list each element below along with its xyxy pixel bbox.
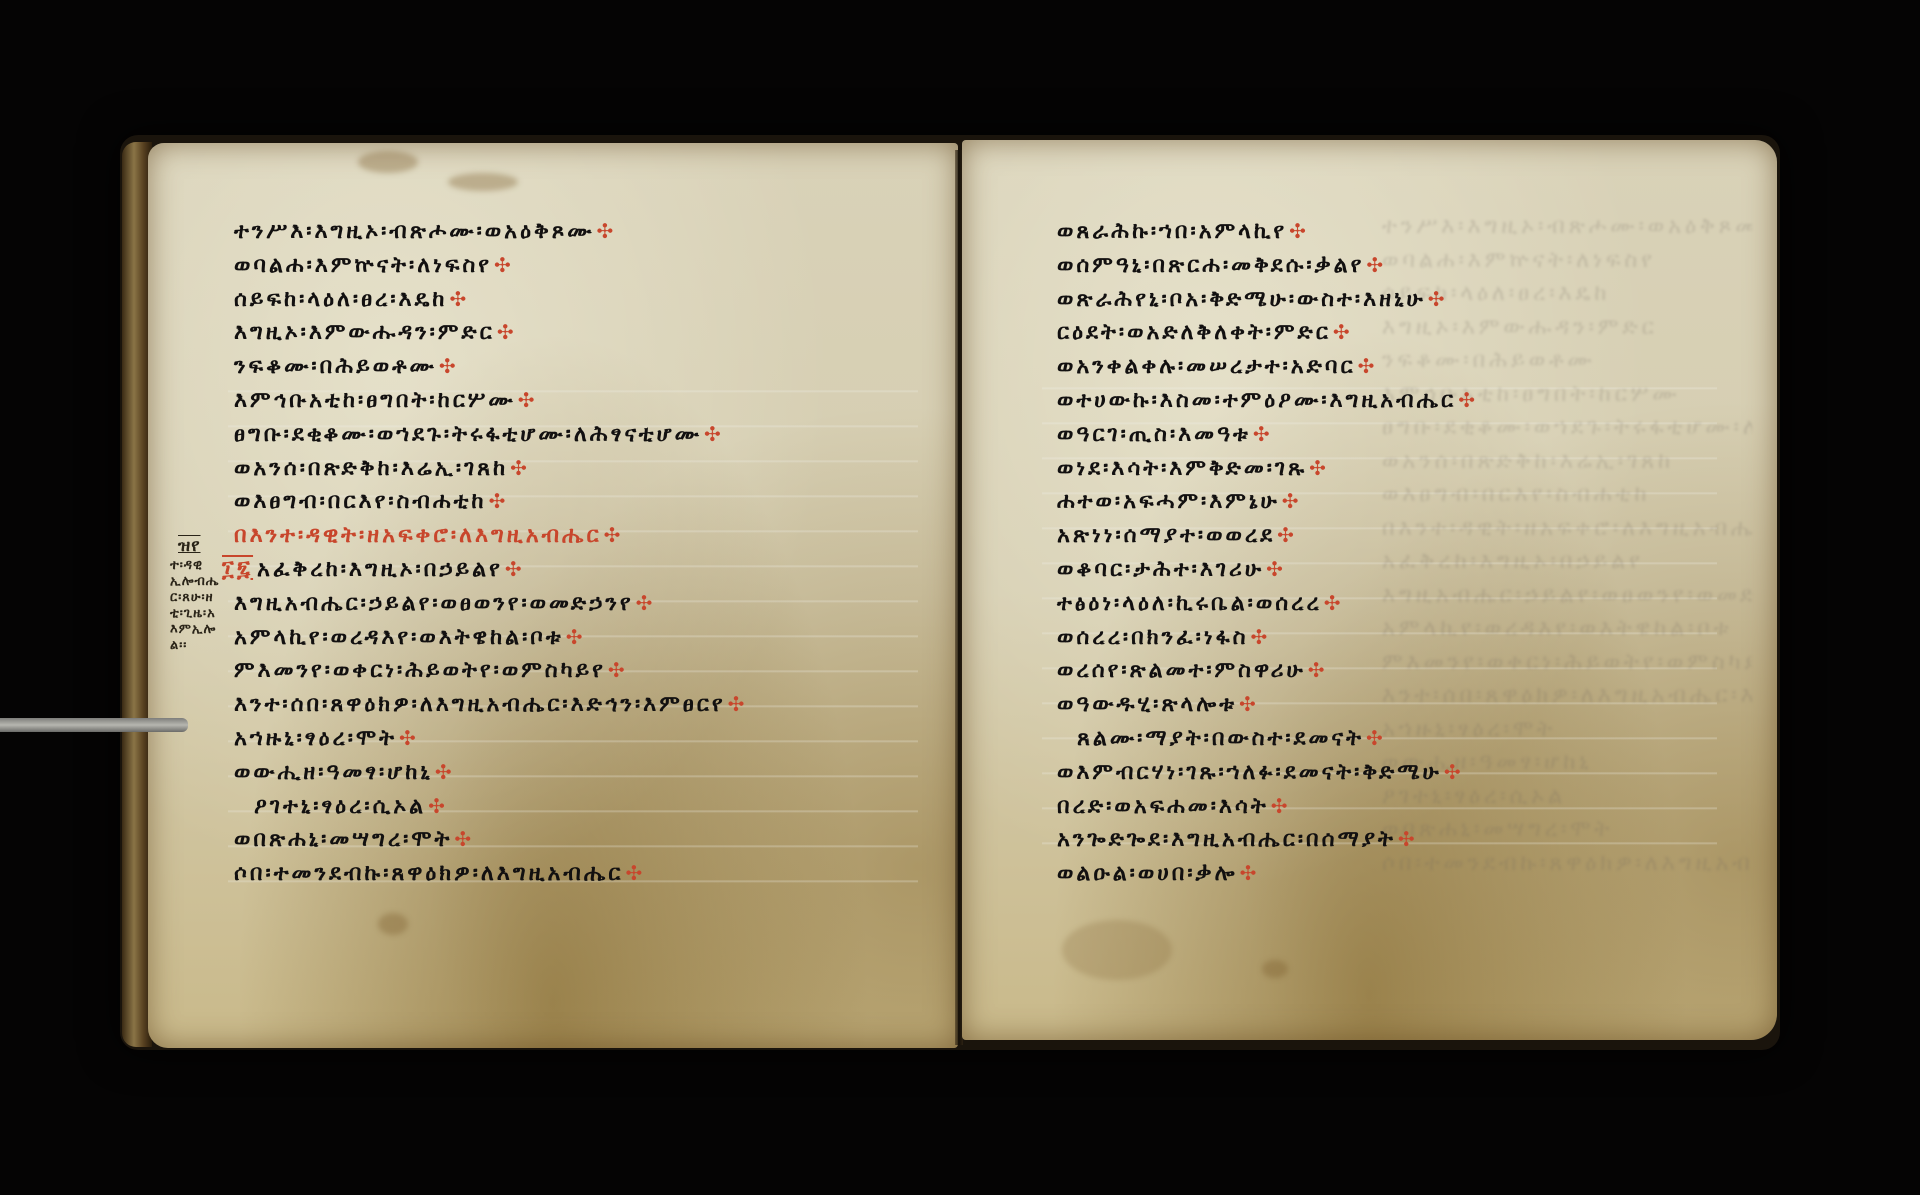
line-text: በእንተ፡ዳዊት፡ዘአፍቀሮ፡ለእግዚአብሔር: [234, 523, 602, 548]
text-line: ወተሀውኩ፡እስመ፡ተምዕዖሙ፡እግዚአብሔር✣: [1057, 384, 1478, 418]
text-line: እግዚኦ፡እምውሑዳን፡ምድር✣: [234, 316, 747, 350]
text-line: እግዚአብሔር፡ኃይልየ፡ወፀወንየ፡ወመድኃንየ✣: [234, 587, 747, 621]
line-text: ወልዑል፡ወሀበ፡ቃሎ: [1057, 861, 1238, 886]
line-text: ወተሀውኩ፡እስመ፡ተምዕዖሙ፡እግዚአብሔር: [1057, 388, 1456, 413]
verse-divider-cross-icon: ✣: [597, 219, 617, 243]
verse-divider-cross-icon: ✣: [449, 287, 469, 311]
line-text: እምኅቡአቲከ፡ፀግበት፡ከርሦሙ: [234, 388, 516, 413]
text-line: ሰይፍከ፡ላዕለ፡ፀረ፡እዴከ✣: [234, 283, 747, 317]
text-line: ሐተወ፡አፍሓም፡እምኔሁ✣: [1057, 485, 1478, 519]
psalm-number: ፲፯: [222, 557, 253, 582]
line-text: ንፍቆሙ፡በሕይወቶሙ: [234, 354, 437, 379]
verse-divider-cross-icon: ✣: [625, 861, 645, 885]
text-line: ርዕደት፡ወአድለቅለቀት፡ምድር✣: [1057, 316, 1478, 350]
text-line: ወዓርገ፡ጢስ፡እመዓቱ✣: [1057, 418, 1478, 452]
text-line: ወእፀግብ፡በርእየ፡ስብሐቲከ✣: [234, 485, 747, 519]
text-line: ወአንሰ፡በጽድቅከ፡እሬኢ፡ገጸከ✣: [234, 452, 747, 486]
text-line: አኀዙኒ፡ፃዕረ፡ሞት✣: [234, 722, 747, 756]
verse-divider-cross-icon: ✣: [1289, 219, 1309, 243]
verse-divider-cross-icon: ✣: [1271, 794, 1291, 818]
line-text: ወጸራሕኩ፡ኀበ፡አምላኪየ: [1057, 219, 1287, 244]
verse-divider-cross-icon: ✣: [1366, 726, 1386, 750]
text-line: ወነደ፡እሳት፡እምቅድመ፡ገጹ✣: [1057, 452, 1478, 486]
verse-divider-cross-icon: ✣: [1358, 354, 1378, 378]
text-line: ፲፯አፈቅረከ፡እግዚኦ፡በኃይልየ✣: [234, 553, 747, 587]
stain: [378, 913, 408, 935]
text-line: ወእምብርሃነ፡ገጹ፡ኀለፉ፡ደመናት፡ቅድሜሁ✣: [1057, 756, 1478, 790]
text-line: ሶበ፡ተመንደብኩ፡ጸዋዕክዎ፡ለእግዚአብሔር✣: [234, 857, 747, 891]
line-text: ወረሰየ፡ጽልመተ፡ምስዋሪሁ: [1057, 658, 1306, 683]
line-text: ወሰምዓኒ፡በጽርሐ፡መቅደሱ፡ቃልየ: [1057, 253, 1364, 278]
text-line: ወአንቀልቀሉ፡መሠረታተ፡አድባር✣: [1057, 350, 1478, 384]
text-line: አምላኪየ፡ወረዳእየ፡ወእትዌከል፡ቦቱ✣: [234, 621, 747, 655]
verse-divider-cross-icon: ✣: [1428, 287, 1448, 311]
verse-divider-cross-icon: ✣: [497, 320, 517, 344]
verse-divider-cross-icon: ✣: [1266, 557, 1286, 581]
verse-divider-cross-icon: ✣: [704, 422, 724, 446]
line-text: አኀዙኒ፡ፃዕረ፡ሞት: [234, 726, 397, 751]
verse-divider-cross-icon: ✣: [439, 354, 459, 378]
line-text: ሐተወ፡አፍሓም፡እምኔሁ: [1057, 489, 1280, 514]
verse-divider-cross-icon: ✣: [1277, 523, 1297, 547]
manuscript-photo: ዝየ ተ፡ዳዊ ኢሎብሔ ር፡ጸሁ፡ዘ ቲ፡ጊዜ፡አ እምኢሎ ል፡፡ ተንሥእ…: [0, 0, 1920, 1195]
verse-divider-cross-icon: ✣: [1398, 827, 1418, 851]
verse-divider-cross-icon: ✣: [1240, 861, 1260, 885]
verse-divider-cross-icon: ✣: [399, 726, 419, 750]
text-line: ዖገተኒ፡ፃዕረ፡ሲኦል✣: [234, 790, 747, 824]
line-text: ወውሒዘ፡ዓመፃ፡ሆከኒ: [234, 760, 433, 785]
line-text: አፈቅረከ፡እግዚኦ፡በኃይልየ: [257, 557, 503, 582]
line-text: ተንሥእ፡እግዚኦ፡ብጽሖሙ፡ወአዕቅጾሙ: [234, 219, 595, 244]
margin-note-line: ቲ፡ጊዜ፡አ: [170, 606, 240, 622]
line-text: ሰይፍከ፡ላዕለ፡ፀረ፡እዴከ: [234, 287, 447, 312]
text-line: ወጸራሕኩ፡ኀበ፡አምላኪየ✣: [1057, 215, 1478, 249]
text-line: በረድ፡ወአፍሐመ፡እሳት✣: [1057, 790, 1478, 824]
rubric-heading-line: በእንተ፡ዳዊት፡ዘአፍቀሮ፡ለእግዚአብሔር✣: [234, 519, 747, 553]
line-text: ሶበ፡ተመንደብኩ፡ጸዋዕክዎ፡ለእግዚአብሔር: [234, 861, 623, 886]
verse-divider-cross-icon: ✣: [1366, 253, 1386, 277]
verse-divider-cross-icon: ✣: [1458, 388, 1478, 412]
text-line: ወቆባር፡ታሕተ፡እገሪሁ✣: [1057, 553, 1478, 587]
stain: [1062, 920, 1172, 980]
verse-divider-cross-icon: ✣: [636, 591, 656, 615]
text-line: ተፅዕነ፡ላዕለ፡ኪሩቤል፡ወሰረረ✣: [1057, 587, 1478, 621]
verse-divider-cross-icon: ✣: [489, 489, 509, 513]
verse-divider-cross-icon: ✣: [608, 658, 628, 682]
margin-note: ዝየ ተ፡ዳዊ ኢሎብሔ ር፡ጸሁ፡ዘ ቲ፡ጊዜ፡አ እምኢሎ ል፡፡: [170, 538, 240, 654]
text-line: ንፍቆሙ፡በሕይወቶሙ✣: [234, 350, 747, 384]
line-text: ወዓርገ፡ጢስ፡እመዓቱ: [1057, 422, 1251, 447]
line-text: ወአንቀልቀሉ፡መሠረታተ፡አድባር: [1057, 354, 1356, 379]
text-line: ወባልሐ፡እምኵናት፡ለነፍስየ✣: [234, 249, 747, 283]
verse-divider-cross-icon: ✣: [1251, 625, 1271, 649]
right-page: ተንሥእ፡እግዚኦ፡ብጽሖሙ፡ወአዕቅጾሙወባልሐ፡እምኵናት፡ለነፍስየሰይፍ…: [962, 140, 1777, 1040]
verse-divider-cross-icon: ✣: [518, 388, 538, 412]
line-text: ዖገተኒ፡ፃዕረ፡ሲኦል: [254, 794, 426, 819]
verse-divider-cross-icon: ✣: [1308, 658, 1328, 682]
line-text: ወበጽሐኒ፡መሣግረ፡ሞት: [234, 827, 452, 852]
verse-divider-cross-icon: ✣: [454, 827, 474, 851]
verse-divider-cross-icon: ✣: [1444, 760, 1464, 784]
line-text: እግዚአብሔር፡ኃይልየ፡ወፀወንየ፡ወመድኃንየ: [234, 591, 634, 616]
line-text: ፀግቡ፡ደቂቆሙ፡ወኀደጉ፡ትሩፋቲሆሙ፡ለሕፃናቲሆሙ: [234, 422, 702, 447]
margin-note-line: ር፡ጸሁ፡ዘ: [170, 590, 240, 606]
line-text: ምእመንየ፡ወቀርነ፡ሕይወትየ፡ወምስካይየ: [234, 658, 606, 683]
text-line: እምኅቡአቲከ፡ፀግበት፡ከርሦሙ✣: [234, 384, 747, 418]
line-text: ወጽራሕየኒ፡ቦአ፡ቅድሜሁ፡ውስተ፡እዘኒሁ: [1057, 287, 1426, 312]
text-line: ምእመንየ፡ወቀርነ፡ሕይወትየ፡ወምስካይየ✣: [234, 654, 747, 688]
line-text: በረድ፡ወአፍሐመ፡እሳት: [1057, 794, 1269, 819]
line-text: ጸልሙ፡ማያት፡በውስተ፡ደመናት: [1077, 726, 1364, 751]
verse-divider-cross-icon: ✣: [566, 625, 586, 649]
line-text: ወባልሐ፡እምኵናት፡ለነፍስየ: [234, 253, 492, 278]
text-line: ወልዑል፡ወሀበ፡ቃሎ✣: [1057, 857, 1478, 891]
line-text: ወነደ፡እሳት፡እምቅድመ፡ገጹ: [1057, 456, 1307, 481]
line-text: አንጐድጐደ፡እግዚአብሔር፡በሰማያት: [1057, 827, 1396, 852]
text-line: አጽነነ፡ሰማያተ፡ወወረደ✣: [1057, 519, 1478, 553]
text-line: ወሰረረ፡በክንፈ፡ነፋስ✣: [1057, 621, 1478, 655]
verse-divider-cross-icon: ✣: [1282, 489, 1302, 513]
bookmark-ribbon: [0, 718, 188, 732]
margin-note-heading: ዝየ: [178, 538, 240, 554]
line-text: ወእፀግብ፡በርእየ፡ስብሐቲከ: [234, 489, 487, 514]
text-line: ተንሥእ፡እግዚኦ፡ብጽሖሙ፡ወአዕቅጾሙ✣: [234, 215, 747, 249]
text-line: ወሰምዓኒ፡በጽርሐ፡መቅደሱ፡ቃልየ✣: [1057, 249, 1478, 283]
left-page-text: ተንሥእ፡እግዚኦ፡ብጽሖሙ፡ወአዕቅጾሙ✣ወባልሐ፡እምኵናት፡ለነፍስየ✣ሰ…: [234, 215, 747, 891]
text-line: ወጽራሕየኒ፡ቦአ፡ቅድሜሁ፡ውስተ፡እዘኒሁ✣: [1057, 283, 1478, 317]
text-line: አንጐድጐደ፡እግዚአብሔር፡በሰማያት✣: [1057, 823, 1478, 857]
verse-divider-cross-icon: ✣: [428, 794, 448, 818]
line-text: አምላኪየ፡ወረዳእየ፡ወእትዌከል፡ቦቱ: [234, 625, 564, 650]
line-text: ወእምብርሃነ፡ገጹ፡ኀለፉ፡ደመናት፡ቅድሜሁ: [1057, 760, 1442, 785]
left-page: ዝየ ተ፡ዳዊ ኢሎብሔ ር፡ጸሁ፡ዘ ቲ፡ጊዜ፡አ እምኢሎ ል፡፡ ተንሥእ…: [148, 143, 958, 1048]
text-line: ጸልሙ፡ማያት፡በውስተ፡ደመናት✣: [1057, 722, 1478, 756]
verse-divider-cross-icon: ✣: [1333, 320, 1353, 344]
stain: [1262, 960, 1288, 978]
text-line: ወበጽሐኒ፡መሣግረ፡ሞት✣: [234, 823, 747, 857]
verse-divider-cross-icon: ✣: [728, 692, 748, 716]
verse-divider-cross-icon: ✣: [1324, 591, 1344, 615]
margin-note-line: እምኢሎ: [170, 622, 240, 638]
line-text: ርዕደት፡ወአድለቅለቀት፡ምድር: [1057, 320, 1331, 345]
line-text: ወአንሰ፡በጽድቅከ፡እሬኢ፡ገጸከ: [234, 456, 508, 481]
verse-divider-cross-icon: ✣: [505, 557, 525, 581]
text-line: ወረሰየ፡ጽልመተ፡ምስዋሪሁ✣: [1057, 654, 1478, 688]
text-line: እንተ፡ሰበ፡ጸዋዕክዎ፡ለእግዚአብሔር፡እድኅን፡እምፀርየ✣: [234, 688, 747, 722]
verse-divider-cross-icon: ✣: [1239, 692, 1259, 716]
text-line: ፀግቡ፡ደቂቆሙ፡ወኀደጉ፡ትሩፋቲሆሙ፡ለሕፃናቲሆሙ✣: [234, 418, 747, 452]
verse-divider-cross-icon: ✣: [510, 456, 530, 480]
stain: [448, 173, 518, 191]
stain: [358, 151, 418, 173]
verse-divider-cross-icon: ✣: [435, 760, 455, 784]
line-text: ወዓውዱሂ፡ጽላሎቱ: [1057, 692, 1237, 717]
verse-divider-cross-icon: ✣: [1253, 422, 1273, 446]
line-text: ወሰረረ፡በክንፈ፡ነፋስ: [1057, 625, 1249, 650]
verse-divider-cross-icon: ✣: [494, 253, 514, 277]
line-text: ተፅዕነ፡ላዕለ፡ኪሩቤል፡ወሰረረ: [1057, 591, 1322, 616]
line-text: እንተ፡ሰበ፡ጸዋዕክዎ፡ለእግዚአብሔር፡እድኅን፡እምፀርየ: [234, 692, 726, 717]
text-line: ወዓውዱሂ፡ጽላሎቱ✣: [1057, 688, 1478, 722]
margin-note-line: ል፡፡: [170, 638, 240, 654]
line-text: አጽነነ፡ሰማያተ፡ወወረደ: [1057, 523, 1275, 548]
text-line: ወውሒዘ፡ዓመፃ፡ሆከኒ✣: [234, 756, 747, 790]
verse-divider-cross-icon: ✣: [1309, 456, 1329, 480]
right-page-text: ወጸራሕኩ፡ኀበ፡አምላኪየ✣ወሰምዓኒ፡በጽርሐ፡መቅደሱ፡ቃልየ✣ወጽራሕየ…: [1057, 215, 1478, 891]
line-text: እግዚኦ፡እምውሑዳን፡ምድር: [234, 320, 495, 345]
line-text: ወቆባር፡ታሕተ፡እገሪሁ: [1057, 557, 1264, 582]
verse-divider-cross-icon: ✣: [604, 523, 624, 547]
